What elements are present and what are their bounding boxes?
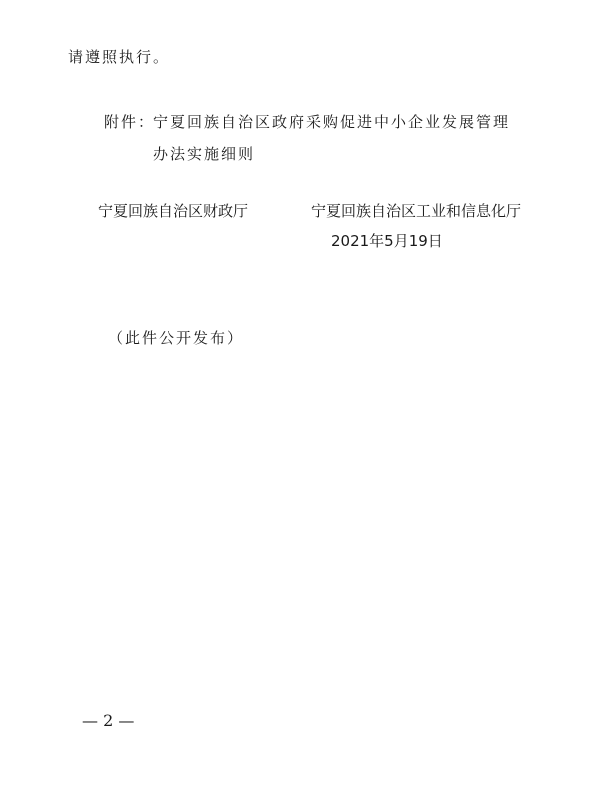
attachment-title-line1: 宁夏回族自治区政府采购促进中小企业发展管理 — [153, 111, 510, 132]
page-number: — 2 — — [82, 711, 134, 730]
issuer-finance-department: 宁夏回族自治区财政厅 — [98, 200, 248, 221]
issuer-industry-it-department: 宁夏回族自治区工业和信息化厅 — [311, 200, 521, 221]
document-page: 请遵照执行。 附件： 宁夏回族自治区政府采购促进中小企业发展管理 办法实施细则 … — [0, 0, 594, 791]
issue-date: 2021年5月19日 — [331, 230, 443, 251]
closing-line: 请遵照执行。 — [68, 46, 170, 67]
publication-notice: （此件公开发布） — [108, 327, 244, 348]
attachment-label: 附件： — [104, 111, 155, 132]
attachment-title-line2: 办法实施细则 — [153, 143, 255, 164]
